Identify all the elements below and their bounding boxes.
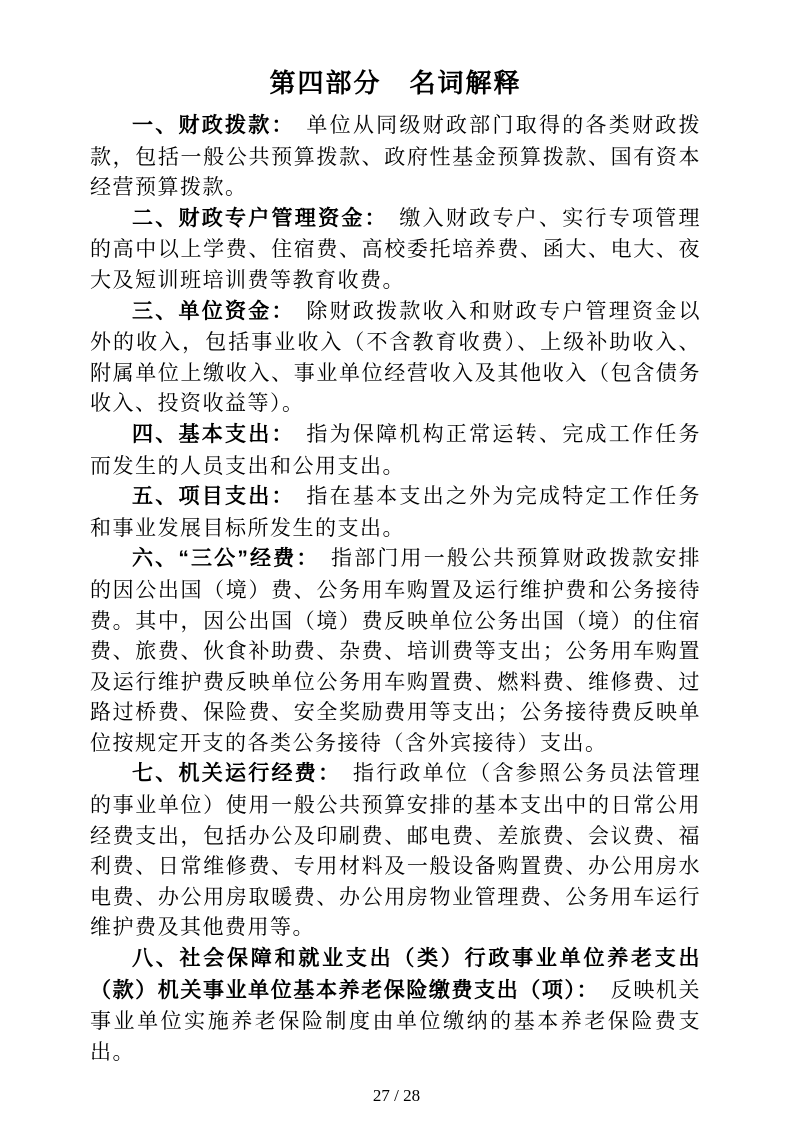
definition-paragraph: 三、单位资金：除财政拨款收入和财政专户管理资金以外的收入，包括事业收入（不含教育… — [90, 296, 701, 419]
term-label: 八、社会保障和就业支出（类）行政事业单位养老支出（款）机关事业单位基本养老保险缴… — [90, 947, 701, 1002]
term-definition: 指部门用一般公共预算财政拨款安排的因公出国（境）费、公务用车购置及运行维护费和公… — [90, 546, 701, 755]
term-label: 四、基本支出： — [132, 423, 306, 446]
definition-paragraph: 八、社会保障和就业支出（类）行政事业单位养老支出（款）机关事业单位基本养老保险缴… — [90, 943, 701, 1067]
term-label: 一、财政拨款： — [132, 114, 306, 137]
term-label: 二、财政专户管理资金： — [132, 207, 399, 230]
definition-paragraph: 七、机关运行经费：指行政单位（含参照公务员法管理的事业单位）使用一般公共预算安排… — [90, 758, 701, 943]
document-page: 第四部分 名词解释 一、财政拨款：单位从同级财政部门取得的各类财政拨款，包括一般… — [0, 0, 793, 1122]
definition-paragraph: 五、项目支出：指在基本支出之外为完成特定工作任务和事业发展目标所发生的支出。 — [90, 481, 701, 543]
term-label: 五、项目支出： — [132, 485, 306, 508]
definition-paragraph: 四、基本支出：指为保障机构正常运转、完成工作任务而发生的人员支出和公用支出。 — [90, 419, 701, 481]
term-label: 三、单位资金： — [132, 300, 306, 323]
page-title: 第四部分 名词解释 — [90, 64, 701, 102]
definition-paragraph: 一、财政拨款：单位从同级财政部门取得的各类财政拨款，包括一般公共预算拨款、政府性… — [90, 110, 701, 203]
term-label: 六、“三公”经费： — [132, 547, 331, 570]
term-label: 七、机关运行经费： — [132, 762, 353, 785]
definition-paragraph: 二、财政专户管理资金：缴入财政专户、实行专项管理的高中以上学费、住宿费、高校委托… — [90, 203, 701, 296]
page-number: 27 / 28 — [0, 1086, 793, 1106]
definition-paragraph: 六、“三公”经费：指部门用一般公共预算财政拨款安排的因公出国（境）费、公务用车购… — [90, 543, 701, 758]
document-content: 第四部分 名词解释 一、财政拨款：单位从同级财政部门取得的各类财政拨款，包括一般… — [90, 64, 701, 1067]
term-definition: 指行政单位（含参照公务员法管理的事业单位）使用一般公共预算安排的基本支出中的日常… — [90, 761, 701, 939]
